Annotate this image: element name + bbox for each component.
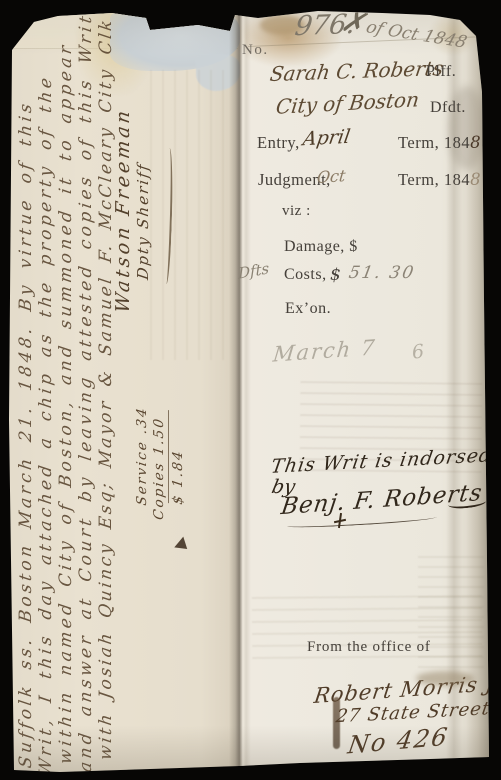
office-label: From the office of (307, 639, 431, 656)
entry-term-printed: Term, 1848. (398, 133, 490, 153)
sheriff-title: Dpty Sheriff (134, 110, 152, 281)
sheriff-name: Watson Freeman (112, 107, 134, 315)
pencil-date-note: March 7 (272, 335, 378, 366)
paper-right-edge-shadow (466, 0, 492, 780)
judgment-term-handwritten: Oct (316, 166, 346, 187)
return-line: within named City of Boston, and summone… (56, 40, 76, 766)
signature-flourish-line (162, 148, 175, 284)
plaintiff-name: Sarah C. Roberts (268, 56, 445, 86)
fees-note: Service .34 Copies 1.50 $ 1.84 (134, 405, 187, 527)
term-year-digit: 8 (470, 133, 481, 152)
fee-line: Copies 1.50 (151, 408, 168, 521)
entry-label: Entry, (257, 133, 300, 153)
costs-currency: $ (330, 265, 341, 285)
costs-label: Costs, (284, 266, 327, 284)
fee-total: $ 1.84 (168, 410, 187, 506)
return-line: Writ, I this day attached a chip as the … (36, 40, 56, 778)
defendant-label: Dfdt. (430, 99, 466, 117)
term-text: Term, 184 (398, 170, 470, 189)
center-fold-crease (229, 0, 251, 780)
return-line: and answer at Court by leaving attested … (76, 40, 96, 774)
entry-term-handwritten: April (301, 126, 352, 151)
plaintiff-label: Plff. (426, 63, 456, 81)
return-line: Suffolk ss. Boston March 21. 1848. By vi… (16, 40, 36, 770)
judgment-term-printed: Term, 1848. (398, 170, 490, 190)
ink-smudge (416, 671, 474, 686)
costs-amount: 51. 30 (347, 263, 417, 283)
dfts-pencil-note: Dfts (238, 259, 269, 283)
pen-cross-mark (334, 513, 346, 528)
photo-background: Suffolk ss. Boston March 21. 1848. By vi… (0, 0, 501, 780)
term-period: . (485, 170, 490, 189)
no-label: No. (242, 42, 269, 59)
term-period: . (485, 133, 490, 152)
document-paper: Suffolk ss. Boston March 21. 1848. By vi… (0, 0, 501, 780)
viz-label: viz : (282, 203, 311, 220)
sheriff-signature: Watson Freeman Dpty Sheriff (112, 107, 152, 317)
fee-line: Service .34 (134, 405, 151, 506)
sheriff-return-note: Suffolk ss. Boston March 21. 1848. By vi… (16, 41, 221, 776)
term-year-digit: 8 (470, 170, 481, 189)
defendant-name: City of Boston (275, 87, 421, 119)
office-case-number: No 426 (346, 722, 451, 759)
ink-drip-mark (333, 697, 340, 749)
pencil-note-2: 6 (411, 340, 425, 363)
execution-label: Ex’on. (285, 300, 331, 318)
term-text: Term, 184 (398, 133, 470, 152)
right-fold-crease (446, 0, 462, 780)
damage-label: Damage, $ (284, 238, 358, 256)
